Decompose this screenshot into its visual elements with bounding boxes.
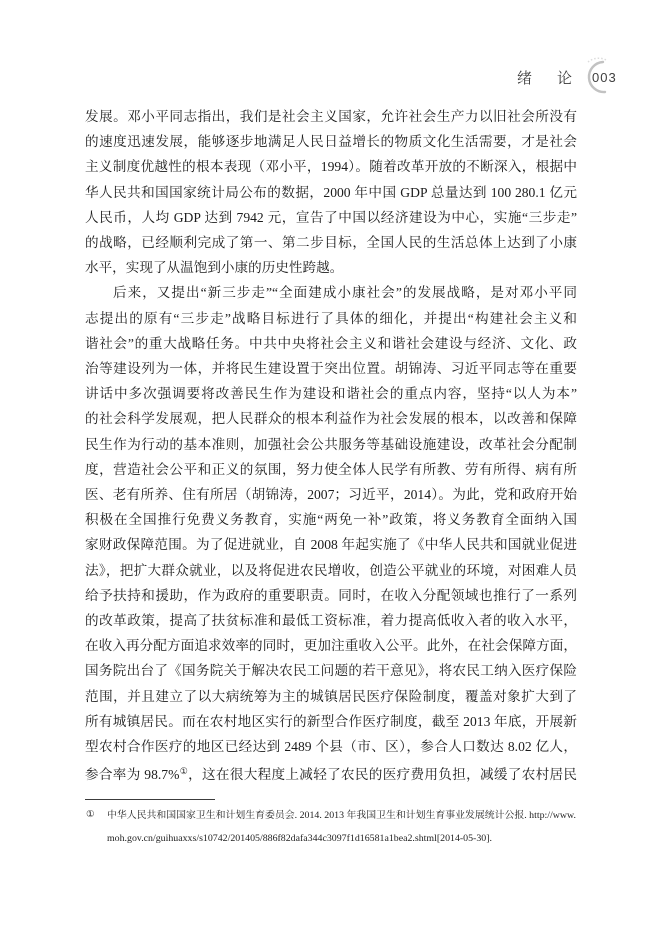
body-line paragraph-end: 水平，实现了从温饱到小康的历史性跨越。 <box>85 255 577 280</box>
body-line: 的社会科学发展观，把人民群众的根本利益作为社会发展的根本，以改善和保障 <box>85 406 577 431</box>
page-number: 003 <box>592 70 617 85</box>
body-line: 所有城镇居民。而在农村地区实行的新型合作医疗制度，截至 2013 年底，开展新 <box>85 709 577 734</box>
body-text-segment: ，这在很大程度上减轻了农民的医疗费用负担，减缓了农村居民 <box>188 767 577 782</box>
body-line: 法》，把扩大群众就业，以及将促进农民增收，创造公平就业的环境，对困难人员 <box>85 558 577 583</box>
running-header: 绪论 003 <box>517 56 630 98</box>
body-text-segment: 参合率为 98.7% <box>85 767 179 782</box>
footnote: ① 中华人民共和国国家卫生和计划生育委员会. 2014. 2013 年我国卫生和… <box>85 804 585 850</box>
body-line: 民生作为行动的基本准则，加强社会公共服务等基础设施建设，改革社会分配制 <box>85 432 577 457</box>
body-line: 人民币，人均 GDP 达到 7942 元，宣告了中国以经济建设为中心，实施“三步… <box>85 205 577 230</box>
body-text: 发展。邓小平同志指出，我们是社会主义国家，允许社会生产力以旧社会所没有 的速度迅… <box>85 104 577 787</box>
body-line: 范围，并且建立了以大病统筹为主的城镇居民医疗保险制度，覆盖对象扩大到了 <box>85 684 577 709</box>
body-line: 讲话中多次强调要将改善民生作为建设和谐社会的重点内容，坚持“以人为本” <box>85 381 577 406</box>
footnote-line footnote-url: moh.gov.cn/guihuaxxs/s10742/201405/886f8… <box>107 827 585 850</box>
footnote-entry: ① 中华人民共和国国家卫生和计划生育委员会. 2014. 2013 年我国卫生和… <box>85 804 585 850</box>
body-line: 医、老有所养、住有所居（胡锦涛，2007；习近平，2014）。为此，党和政府开始 <box>85 482 577 507</box>
body-line: 在收入再分配方面追求效率的同时，更加注重收入公平。此外，在社会保障方面， <box>85 633 577 658</box>
body-line: 积极在全国推行免费义务教育，实施“两免一补”政策，将义务教育全面纳入国 <box>85 507 577 532</box>
body-line: 度，营造社会公平和正义的氛围，努力使全体人民学有所教、劳有所得、病有所 <box>85 457 577 482</box>
footnote-line: 中华人民共和国国家卫生和计划生育委员会. 2014. 2013 年我国卫生和计划… <box>107 804 585 827</box>
footnote-ref-marker: ① <box>179 766 188 776</box>
body-line: 发展。邓小平同志指出，我们是社会主义国家，允许社会生产力以旧社会所没有 <box>85 104 577 129</box>
body-line: 的战略，已经顺利完成了第一、第二步目标，全国人民的生活总体上达到了小康 <box>85 230 577 255</box>
body-line paragraph-start: 后来，又提出“新三步走”“全面建成小康社会”的发展战略，是对邓小平同 <box>85 280 577 305</box>
body-line: 主义制度优越性的根本表现（邓小平，1994）。随着改革开放的不断深入，根据中 <box>85 154 577 179</box>
book-page: 绪论 003 发展。邓小平同志指出，我们是社会主义国家，允许社会生产力以旧社会所… <box>0 0 661 925</box>
body-line: 治等建设列为一体，并将民生建设置于突出位置。胡锦涛、习近平同志等在重要 <box>85 356 577 381</box>
body-line-with-footnote-ref: 参合率为 98.7%①，这在很大程度上减轻了农民的医疗费用负担，减缓了农村居民 <box>85 759 577 787</box>
body-line: 家财政保障范围。为了促进就业，自 2008 年起实施了《中华人民共和国就业促进 <box>85 532 577 557</box>
body-line: 志提出的原有“三步走”战略目标进行了具体的细化，并提出“构建社会主义和 <box>85 306 577 331</box>
body-line: 给予扶持和援助，作为政府的重要职责。同时，在收入分配领域也推行了一系列 <box>85 583 577 608</box>
page-number-block: 003 <box>576 56 630 98</box>
body-line: 国务院出台了《国务院关于解决农民工问题的若干意见》，将农民工纳入医疗保险 <box>85 658 577 683</box>
footnote-marker: ① <box>86 804 95 827</box>
body-line: 的速度迅速发展，能够逐步地满足人民日益增长的物质文化生活需要，才是社会 <box>85 129 577 154</box>
footnote-separator <box>85 799 215 800</box>
body-line: 谐社会”的重大战略任务。中共中央将社会主义和谐社会建设与经济、文化、政 <box>85 331 577 356</box>
body-line: 华人民共和国国家统计局公布的数据，2000 年中国 GDP 总量达到 100 2… <box>85 180 577 205</box>
body-line: 型农村合作医疗的地区已经达到 2489 个县（市、区），参合人口数达 8.02 … <box>85 734 577 759</box>
body-line: 的改革政策，提高了扶贫标准和最低工资标准，着力提高低收入者的收入水平， <box>85 608 577 633</box>
